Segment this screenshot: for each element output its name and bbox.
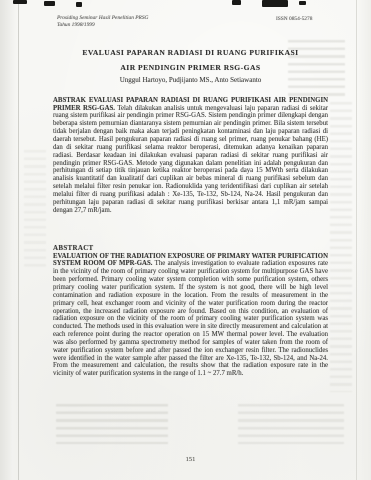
bleedthrough-text [238,404,344,444]
paper-title-line1: EVALUASI PAPARAN RADIASI DI RUANG PURIFI… [53,45,328,60]
issn-label: ISSN 0854-5278 [276,16,346,22]
proceedings-header: Prosiding Seminar Hasil Penelitian PRSG … [57,15,197,28]
page-number: 151 [53,456,328,463]
abstrak-paragraph-id: ABSTRAK EVALUASI PAPARAN RADIASI DI RUAN… [53,97,328,215]
bleedthrough-text [24,150,46,268]
abstract-heading: ABSTRACT [53,245,328,253]
abstract-body: The analysis investigation to evaluate r… [53,260,328,377]
scan-edge-shadow-left [0,0,19,480]
abstrak-body: Telah dilakukan analisis untuk mengevalu… [53,105,328,214]
paper-title: EVALUASI PAPARAN RADIASI DI RUANG PURIFI… [53,45,328,75]
scan-artifact [232,0,241,5]
proceedings-title: Prosiding Seminar Hasil Penelitian PRSG [57,15,197,22]
paper-title-line2: AIR PENDINGIN PRIMER RSG-GAS [53,60,328,75]
bleedthrough-text [56,404,168,444]
scan-artifact [76,2,82,7]
bleedthrough-text [330,102,352,392]
scan-artifact [44,1,55,6]
scanned-paper-page: Prosiding Seminar Hasil Penelitian PRSG … [0,0,371,480]
scan-edge-shadow-right [356,0,371,480]
scan-artifact [262,0,288,7]
authors-line: Unggul Hartoyo, Pudjijanto MS., Anto Set… [53,76,328,84]
scan-artifact [13,0,27,4]
abstract-paragraph-en: ABSTRACTEVALUATION OF THE RADIATION EXPO… [53,245,328,378]
proceedings-year: Tahun 1998/1999 [57,22,197,29]
scan-artifact [299,1,306,5]
